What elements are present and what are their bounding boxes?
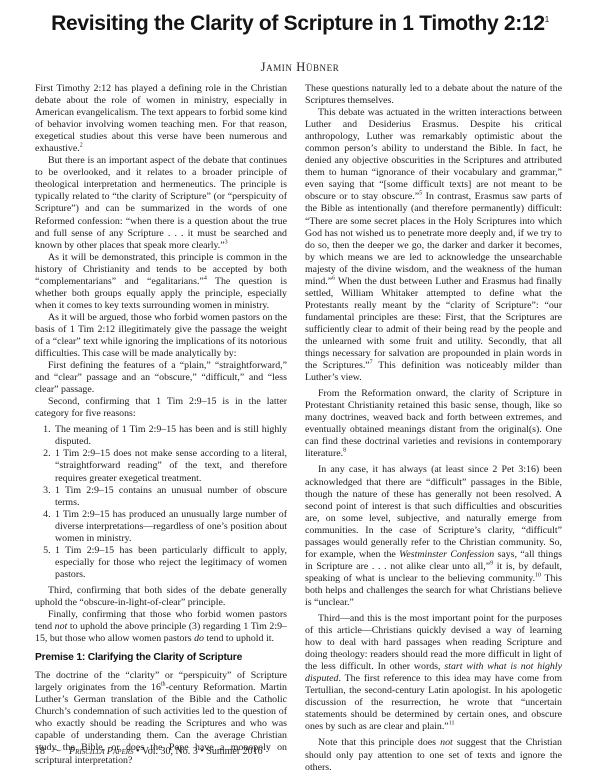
paragraph: As it will be demonstrated, this princip… [35, 252, 287, 312]
publication-name: Priscilla Papers [69, 746, 134, 757]
paragraph-text: First Timothy 2:12 has played a defining… [35, 83, 287, 154]
list-item: 1 Tim 2:9–15 contains an unusual number … [53, 485, 287, 509]
paragraph: But there is an important aspect of the … [35, 155, 287, 251]
list-item: 1 Tim 2:9–15 has been particularly diffi… [53, 545, 287, 581]
article-title: Revisiting the Clarity of Scripture in 1… [0, 12, 600, 36]
volume-info: Vol. 30, No. 3 [142, 746, 198, 757]
paragraph-text: But there is an important aspect of the … [35, 155, 287, 250]
footnote-ref: 2 [80, 143, 83, 149]
footnote-ref: 1 [545, 15, 549, 24]
paragraph-text: In contrast, Erasmus saw parts of the Bi… [305, 191, 562, 286]
footnote-ref: 8 [343, 448, 346, 454]
paragraph-text: Note that this principle does [318, 737, 440, 748]
paragraph: First defining the features of a “plain,… [35, 360, 287, 396]
bullet-separator: • [200, 746, 204, 757]
page-footer: 18 〜 Priscilla Papers • Vol. 30, No. 3 •… [35, 742, 263, 758]
author-byline: Jamin Hübner [0, 60, 600, 75]
reasons-list: The meaning of 1 Tim 2:9–15 has been and… [35, 424, 287, 581]
paragraph: Finally, confirming that those who forbi… [35, 609, 287, 645]
section-heading: Premise 1: Clarifying the Clarity of Scr… [35, 652, 287, 664]
emphasis: Westminster Confession [399, 549, 494, 560]
paragraph: Note that this principle does not sugges… [305, 737, 562, 773]
paragraph-text: When the dust between Luther and Erasmus… [305, 276, 562, 371]
paragraph: Third, confirming that both sides of the… [35, 585, 287, 609]
page-number: 18 [35, 746, 45, 757]
list-item: The meaning of 1 Tim 2:9–15 has been and… [53, 424, 287, 448]
paragraph: In any case, it has always (at least sin… [305, 464, 562, 609]
issue-season: Summer 2016 [206, 746, 262, 757]
footnote-ref: 3 [225, 239, 228, 245]
paragraph: First Timothy 2:12 has played a defining… [35, 83, 287, 155]
emphasis: do [194, 633, 204, 644]
emphasis: not [440, 737, 453, 748]
left-column: First Timothy 2:12 has played a defining… [35, 83, 287, 767]
emphasis: not [55, 621, 68, 632]
list-item: 1 Tim 2:9–15 has produced an unusually l… [53, 509, 287, 545]
paragraph-text: In any case, it has always (at least sin… [305, 464, 562, 559]
list-item: 1 Tim 2:9–15 does not make sense accordi… [53, 448, 287, 484]
right-column: These questions naturally led to a debat… [305, 83, 562, 774]
swash-icon: 〜 [52, 742, 63, 758]
bullet-separator: • [136, 746, 140, 757]
paragraph: This debate was actuated in the written … [305, 107, 562, 384]
footnote-ref: 11 [449, 721, 455, 727]
paragraph-text: tend to uphold it. [204, 633, 274, 644]
paragraph: As it will be argued, those who forbid w… [35, 312, 287, 360]
paragraph: Second, confirming that 1 Tim 2:9–15 is … [35, 396, 287, 420]
paragraph-text: This debate was actuated in the written … [305, 107, 562, 202]
title-text: Revisiting the Clarity of Scripture in 1… [51, 12, 545, 35]
paragraph: These questions naturally led to a debat… [305, 83, 562, 107]
paragraph-text: . The first reference to this idea may h… [305, 673, 562, 732]
paragraph: Third—and this is the most important poi… [305, 613, 562, 733]
paragraph: From the Reformation onward, the clarity… [305, 388, 562, 460]
